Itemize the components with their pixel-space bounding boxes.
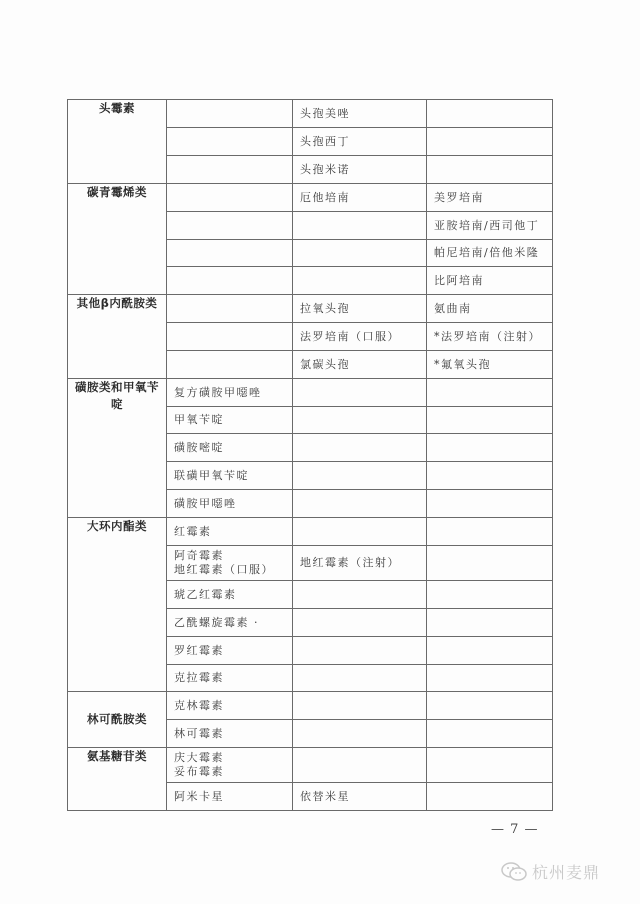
wechat-icon <box>500 862 528 882</box>
cell-col3 <box>427 581 553 609</box>
category-cell: 碳青霉烯类 <box>68 184 167 295</box>
cell-col1 <box>167 184 293 212</box>
table-row: 林可酰胺类 克林霉素 <box>68 692 553 720</box>
cell-col3 <box>427 128 553 156</box>
cell-col2 <box>293 379 427 407</box>
cell-col3 <box>427 609 553 637</box>
cell-col1: 克林霉素 <box>167 692 293 720</box>
cell-col3 <box>427 518 553 546</box>
cell-col1: 乙酰螺旋霉素 · <box>167 609 293 637</box>
table-row: 其他β内酰胺类 拉氧头孢 氨曲南 <box>68 295 553 323</box>
cell-col2 <box>293 518 427 546</box>
cell-col3: *氟氧头孢 <box>427 351 553 379</box>
cell-col1 <box>167 323 293 351</box>
cell-col1: 阿米卡星 <box>167 783 293 811</box>
category-cell: 氨基糖苷类 <box>68 748 167 811</box>
cell-col2 <box>293 637 427 665</box>
table-row: 碳青霉烯类 厄他培南 美罗培南 <box>68 184 553 212</box>
cell-col1 <box>167 156 293 184</box>
cell-line: 妥布霉素 <box>174 765 292 779</box>
cell-col2 <box>293 240 427 267</box>
cell-col2 <box>293 212 427 240</box>
cell-col2: 头孢西丁 <box>293 128 427 156</box>
cell-col2 <box>293 748 427 783</box>
cell-col3: *法罗培南（注射） <box>427 323 553 351</box>
category-cell: 其他β内酰胺类 <box>68 295 167 379</box>
cell-col3: 氨曲南 <box>427 295 553 323</box>
cell-line: 庆大霉素 <box>174 751 292 765</box>
category-cell: 头霉素 <box>68 100 167 184</box>
cell-col2: 头孢美唑 <box>293 100 427 128</box>
cell-col2: 地红霉素（注射） <box>293 546 427 581</box>
cell-col1: 复方磺胺甲噁唑 <box>167 379 293 407</box>
cell-col1 <box>167 267 293 295</box>
cell-col1 <box>167 240 293 267</box>
cell-col1 <box>167 100 293 128</box>
cell-col1 <box>167 295 293 323</box>
table-row: 大环内酯类 红霉素 <box>68 518 553 546</box>
table-row: 头霉素 头孢美唑 <box>68 100 553 128</box>
cell-col1: 甲氧苄啶 <box>167 407 293 434</box>
cell-col3 <box>427 720 553 748</box>
cell-line: 地红霉素（口服） <box>174 563 292 577</box>
cell-col1: 磺胺甲噁唑 <box>167 490 293 518</box>
cell-col2 <box>293 462 427 490</box>
cell-col3 <box>427 462 553 490</box>
cell-col1: 琥乙红霉素 <box>167 581 293 609</box>
cell-col3 <box>427 379 553 407</box>
cell-col2 <box>293 407 427 434</box>
cell-col2: 头孢米诺 <box>293 156 427 184</box>
table-row: 磺胺类和甲氧苄啶 复方磺胺甲噁唑 <box>68 379 553 407</box>
cell-col2 <box>293 609 427 637</box>
cell-col2 <box>293 720 427 748</box>
cell-col3 <box>427 100 553 128</box>
cell-col1 <box>167 351 293 379</box>
cell-col1: 克拉霉素 <box>167 665 293 692</box>
category-cell: 林可酰胺类 <box>68 692 167 748</box>
cell-col3 <box>427 156 553 184</box>
cell-col2: 法罗培南（口服） <box>293 323 427 351</box>
cell-col2: 厄他培南 <box>293 184 427 212</box>
cell-col3: 亚胺培南/西司他丁 <box>427 212 553 240</box>
cell-col3 <box>427 665 553 692</box>
cell-col2 <box>293 692 427 720</box>
cell-col2 <box>293 581 427 609</box>
cell-col3 <box>427 490 553 518</box>
cell-col1: 庆大霉素 妥布霉素 <box>167 748 293 783</box>
cell-col3 <box>427 692 553 720</box>
cell-col1 <box>167 128 293 156</box>
cell-col2 <box>293 490 427 518</box>
category-cell: 大环内酯类 <box>68 518 167 692</box>
watermark: 杭州麦鼎 <box>500 860 600 883</box>
cell-col2: 依替米星 <box>293 783 427 811</box>
cell-col2 <box>293 267 427 295</box>
table-row: 氨基糖苷类 庆大霉素 妥布霉素 <box>68 748 553 783</box>
cell-col2: 拉氧头孢 <box>293 295 427 323</box>
cell-col2 <box>293 665 427 692</box>
cell-col1: 磺胺嘧啶 <box>167 434 293 462</box>
cell-col3 <box>427 407 553 434</box>
cell-col3: 帕尼培南/倍他米隆 <box>427 240 553 267</box>
cell-col1: 罗红霉素 <box>167 637 293 665</box>
category-cell: 磺胺类和甲氧苄啶 <box>68 379 167 518</box>
cell-col1 <box>167 212 293 240</box>
cell-col3 <box>427 637 553 665</box>
document-page: 头霉素 头孢美唑 头孢西丁 头孢米诺 碳青霉烯类 厄他培南 美罗培南 <box>0 0 640 904</box>
cell-col3 <box>427 783 553 811</box>
cell-col1: 联磺甲氧苄啶 <box>167 462 293 490</box>
antibiotic-table: 头霉素 头孢美唑 头孢西丁 头孢米诺 碳青霉烯类 厄他培南 美罗培南 <box>67 99 553 811</box>
watermark-text: 杭州麦鼎 <box>532 860 600 883</box>
cell-col3: 美罗培南 <box>427 184 553 212</box>
cell-col3 <box>427 434 553 462</box>
cell-col3 <box>427 748 553 783</box>
cell-col3 <box>427 546 553 581</box>
cell-col3: 比阿培南 <box>427 267 553 295</box>
cell-col2: 氯碳头孢 <box>293 351 427 379</box>
cell-col2 <box>293 434 427 462</box>
cell-line: 阿奇霉素 <box>174 549 292 563</box>
cell-col1: 阿奇霉素 地红霉素（口服） <box>167 546 293 581</box>
cell-col1: 林可霉素 <box>167 720 293 748</box>
cell-col1: 红霉素 <box>167 518 293 546</box>
page-number: — 7 — <box>491 822 539 837</box>
